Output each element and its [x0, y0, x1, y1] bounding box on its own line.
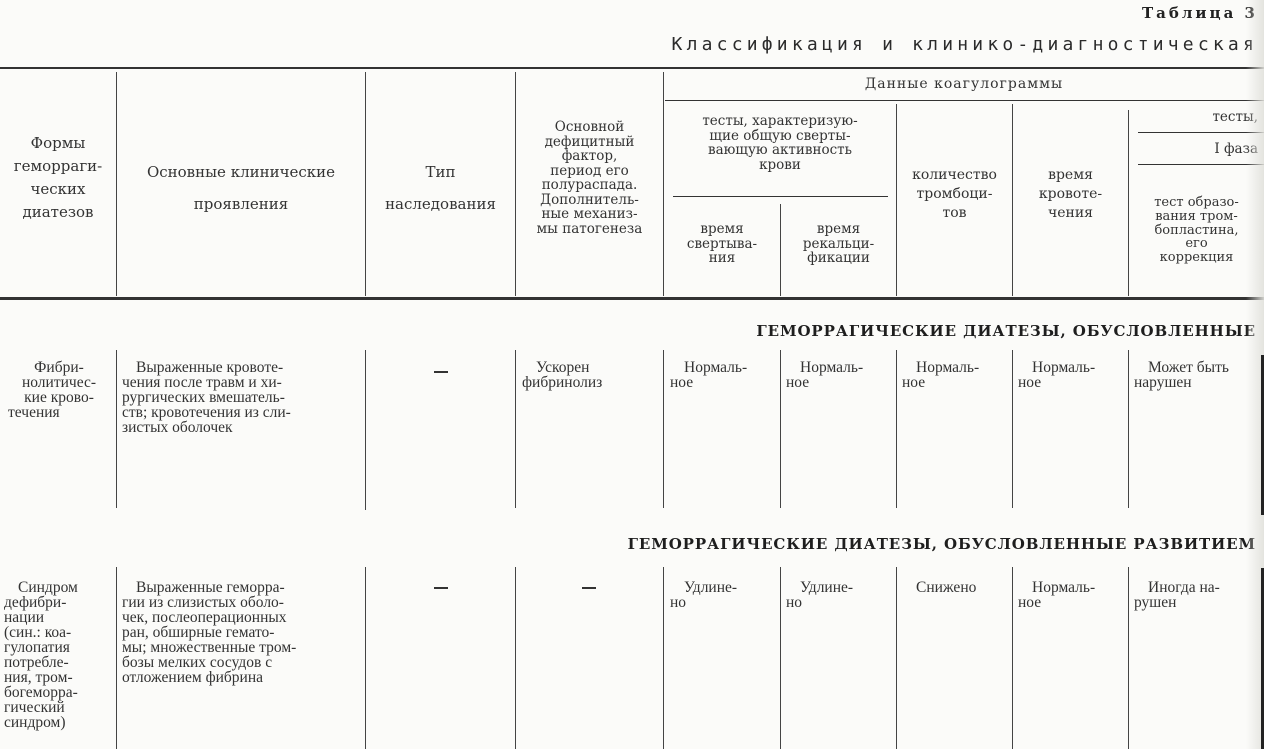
cell-clotting-time: Удлине- но	[670, 580, 778, 610]
cell-line: Нормаль-	[786, 360, 894, 375]
cell-line: гический	[4, 700, 114, 715]
header-bleeding-time: время кровоте- чения	[1013, 166, 1128, 223]
cell-thromboplastin-test: Может быть нарушен	[1134, 360, 1264, 390]
row-divider	[1012, 350, 1013, 508]
header-forms: Формы геморраги- ческих диатезов	[0, 132, 116, 224]
cell-line: нации	[4, 610, 114, 625]
header-tests-partial: тесты,	[1140, 110, 1258, 125]
header-line: наследования	[366, 188, 515, 220]
header-line: диатезов	[0, 201, 116, 224]
header-line: фактор,	[516, 149, 663, 164]
header-line: Дополнитель-	[516, 193, 663, 208]
cell-recalcification: Удлине- но	[786, 580, 894, 610]
cell-factor: Ускорен фибринолиз	[522, 360, 660, 390]
header-line: вающую активность	[664, 143, 896, 158]
cell-line: течения	[6, 405, 112, 420]
header-line: дефицитный	[516, 135, 663, 150]
header-inheritance: Тип наследования	[366, 156, 515, 220]
row-divider	[365, 350, 366, 510]
cell-line: синдром)	[4, 715, 114, 730]
cell-clotting-time: Нормаль- ное	[670, 360, 778, 390]
header-line: количество	[897, 166, 1012, 185]
header-coagulogram-group: Данные коагулограммы	[664, 77, 1264, 92]
cell-manifestations: Выраженные кровоте- чения после травм и …	[122, 360, 360, 435]
cell-line: гулопатия	[4, 640, 114, 655]
header-recalcification-time: время рекальци- фикации	[781, 222, 896, 266]
cell-line: чек, послеоперационных	[122, 610, 360, 625]
cell-line: Может быть	[1134, 360, 1264, 375]
header-line: ния	[664, 251, 780, 266]
dash-inheritance	[434, 587, 448, 589]
header-line: чения	[1013, 204, 1128, 223]
cell-line: ран, обширные гемато-	[122, 625, 360, 640]
header-line: рекальци-	[781, 237, 896, 252]
row-divider	[515, 567, 516, 749]
cell-line: Выраженные кровоте-	[122, 360, 360, 375]
table-number: Таблица 3	[1142, 4, 1258, 22]
cell-line: Снижено	[902, 580, 1010, 595]
cell-line: Выраженные геморра-	[122, 580, 360, 595]
header-platelet-count: количество тромбоци- тов	[897, 166, 1012, 223]
cell-line: Нормаль-	[670, 360, 778, 375]
header-line: тест образо-	[1129, 196, 1264, 210]
cell-line: ное	[1018, 375, 1126, 390]
header-line: коррекция	[1129, 251, 1264, 265]
cell-line: Ускорен	[522, 360, 660, 375]
cell-line: дефибри-	[4, 595, 114, 610]
header-line: Основные клинические	[117, 156, 365, 188]
cell-line: рушен	[1134, 595, 1264, 610]
cell-line: Иногда на-	[1134, 580, 1264, 595]
header-line: Тип	[366, 156, 515, 188]
cell-line: Фибри-	[6, 360, 112, 375]
cell-line: нарушен	[1134, 375, 1264, 390]
header-clotting-time: время свертыва- ния	[664, 222, 780, 266]
cell-line: нолитичес-	[6, 375, 112, 390]
cell-line: рургических вмешатель-	[122, 390, 360, 405]
row-divider	[116, 567, 117, 749]
row-divider	[780, 350, 781, 508]
header-line: Формы	[0, 132, 116, 155]
row-divider	[1012, 567, 1013, 749]
header-line: кровоте-	[1013, 185, 1128, 204]
header-line: время	[781, 222, 896, 237]
header-line: вания тром-	[1129, 210, 1264, 224]
cell-bleeding-time: Нормаль- ное	[1018, 360, 1126, 390]
table-title: Классификация и клинико-диагностическая	[672, 34, 1258, 55]
cell-line: мы; множественные тром-	[122, 640, 360, 655]
cell-line: кие крово-	[6, 390, 112, 405]
header-bottom-rule	[0, 297, 1264, 300]
cell-line: отложением фибрина	[122, 670, 360, 685]
row-divider	[1128, 350, 1129, 508]
header-line: тов	[897, 204, 1012, 223]
cell-line: Нормаль-	[902, 360, 1010, 375]
row-divider	[896, 350, 897, 508]
dash-factor	[582, 587, 596, 589]
cell-platelet-count: Нормаль- ное	[902, 360, 1010, 390]
general-tests-subrule	[673, 196, 888, 197]
header-line: бопластина,	[1129, 224, 1264, 238]
header-line: тесты, характеризую-	[664, 114, 896, 129]
section-caption: ГЕМОРРАГИЧЕСКИЕ ДИАТЕЗЫ, ОБУСЛОВЛЕННЫЕ Р…	[628, 535, 1256, 553]
row-divider	[365, 567, 366, 749]
header-line: ческих	[0, 178, 116, 201]
header-line: ные механиз-	[516, 207, 663, 222]
cell-line: ное	[902, 375, 1010, 390]
cell-form: Фибри- нолитичес- кие крово- течения	[6, 360, 112, 420]
row-divider	[896, 567, 897, 749]
header-line: щие общую сверты-	[664, 129, 896, 144]
header-line: время	[664, 222, 780, 237]
cell-recalcification: Нормаль- ное	[786, 360, 894, 390]
header-line: тромбоци-	[897, 185, 1012, 204]
row-divider	[515, 350, 516, 508]
header-phase-1: I фаза	[1140, 142, 1258, 157]
cell-line: Нормаль-	[1018, 360, 1126, 375]
cell-line: зистых оболочек	[122, 420, 360, 435]
row-divider	[116, 350, 117, 508]
cell-line: ное	[1018, 595, 1126, 610]
cell-manifestations: Выраженные геморра- гии из слизистых обо…	[122, 580, 360, 685]
cell-thromboplastin-test: Иногда на- рушен	[1134, 580, 1264, 610]
header-line: время	[1013, 166, 1128, 185]
header-general-tests: тесты, характеризую- щие общую сверты- в…	[664, 114, 896, 172]
header-manifestations: Основные клинические проявления	[117, 156, 365, 220]
dash-inheritance	[434, 371, 448, 373]
header-line: мы патогенеза	[516, 222, 663, 237]
cell-platelet-count: Снижено	[902, 580, 1010, 595]
header-deficient-factor: Основной дефицитный фактор, период его п…	[516, 120, 663, 236]
cell-line: но	[786, 595, 894, 610]
section-caption: ГЕМОРРАГИЧЕСКИЕ ДИАТЕЗЫ, ОБУСЛОВЛЕННЫЕ	[756, 322, 1256, 340]
header-line: свертыва-	[664, 237, 780, 252]
header-line: Основной	[516, 120, 663, 135]
cell-form: Синдром дефибри- нации (син.: коа- гулоп…	[4, 580, 114, 730]
cell-line: чения после травм и хи-	[122, 375, 360, 390]
cell-line: богеморра-	[4, 685, 114, 700]
cell-line: гии из слизистых оболо-	[122, 595, 360, 610]
row-divider	[1128, 567, 1129, 749]
header-thromboplastin-test: тест образо- вания тром- бопластина, его…	[1129, 196, 1264, 265]
cell-line: бозы мелких сосудов с	[122, 655, 360, 670]
cell-line: ния, тром-	[4, 670, 114, 685]
row-divider	[663, 350, 664, 508]
header-top-rule	[0, 67, 1264, 69]
header-line: период его	[516, 164, 663, 179]
row-divider	[780, 567, 781, 749]
row-divider	[663, 567, 664, 749]
cell-line: ное	[786, 375, 894, 390]
cell-line: Удлине-	[786, 580, 894, 595]
cell-line: ств; кровотечения из сли-	[122, 405, 360, 420]
header-line: полураспада.	[516, 178, 663, 193]
header-line: его	[1129, 237, 1264, 251]
cell-bleeding-time: Нормаль- ное	[1018, 580, 1126, 610]
header-line: крови	[664, 158, 896, 173]
cell-line: Нормаль-	[1018, 580, 1126, 595]
cell-line: ное	[670, 375, 778, 390]
header-line: фикации	[781, 251, 896, 266]
header-line: проявления	[117, 188, 365, 220]
cell-line: Синдром	[4, 580, 114, 595]
cell-line: фибринолиз	[522, 375, 660, 390]
cell-line: Удлине-	[670, 580, 778, 595]
header-line: геморраги-	[0, 155, 116, 178]
cell-line: потребле-	[4, 655, 114, 670]
coagulogram-group-rule	[665, 100, 1264, 101]
cell-line: (син.: коа-	[4, 625, 114, 640]
cell-line: но	[670, 595, 778, 610]
